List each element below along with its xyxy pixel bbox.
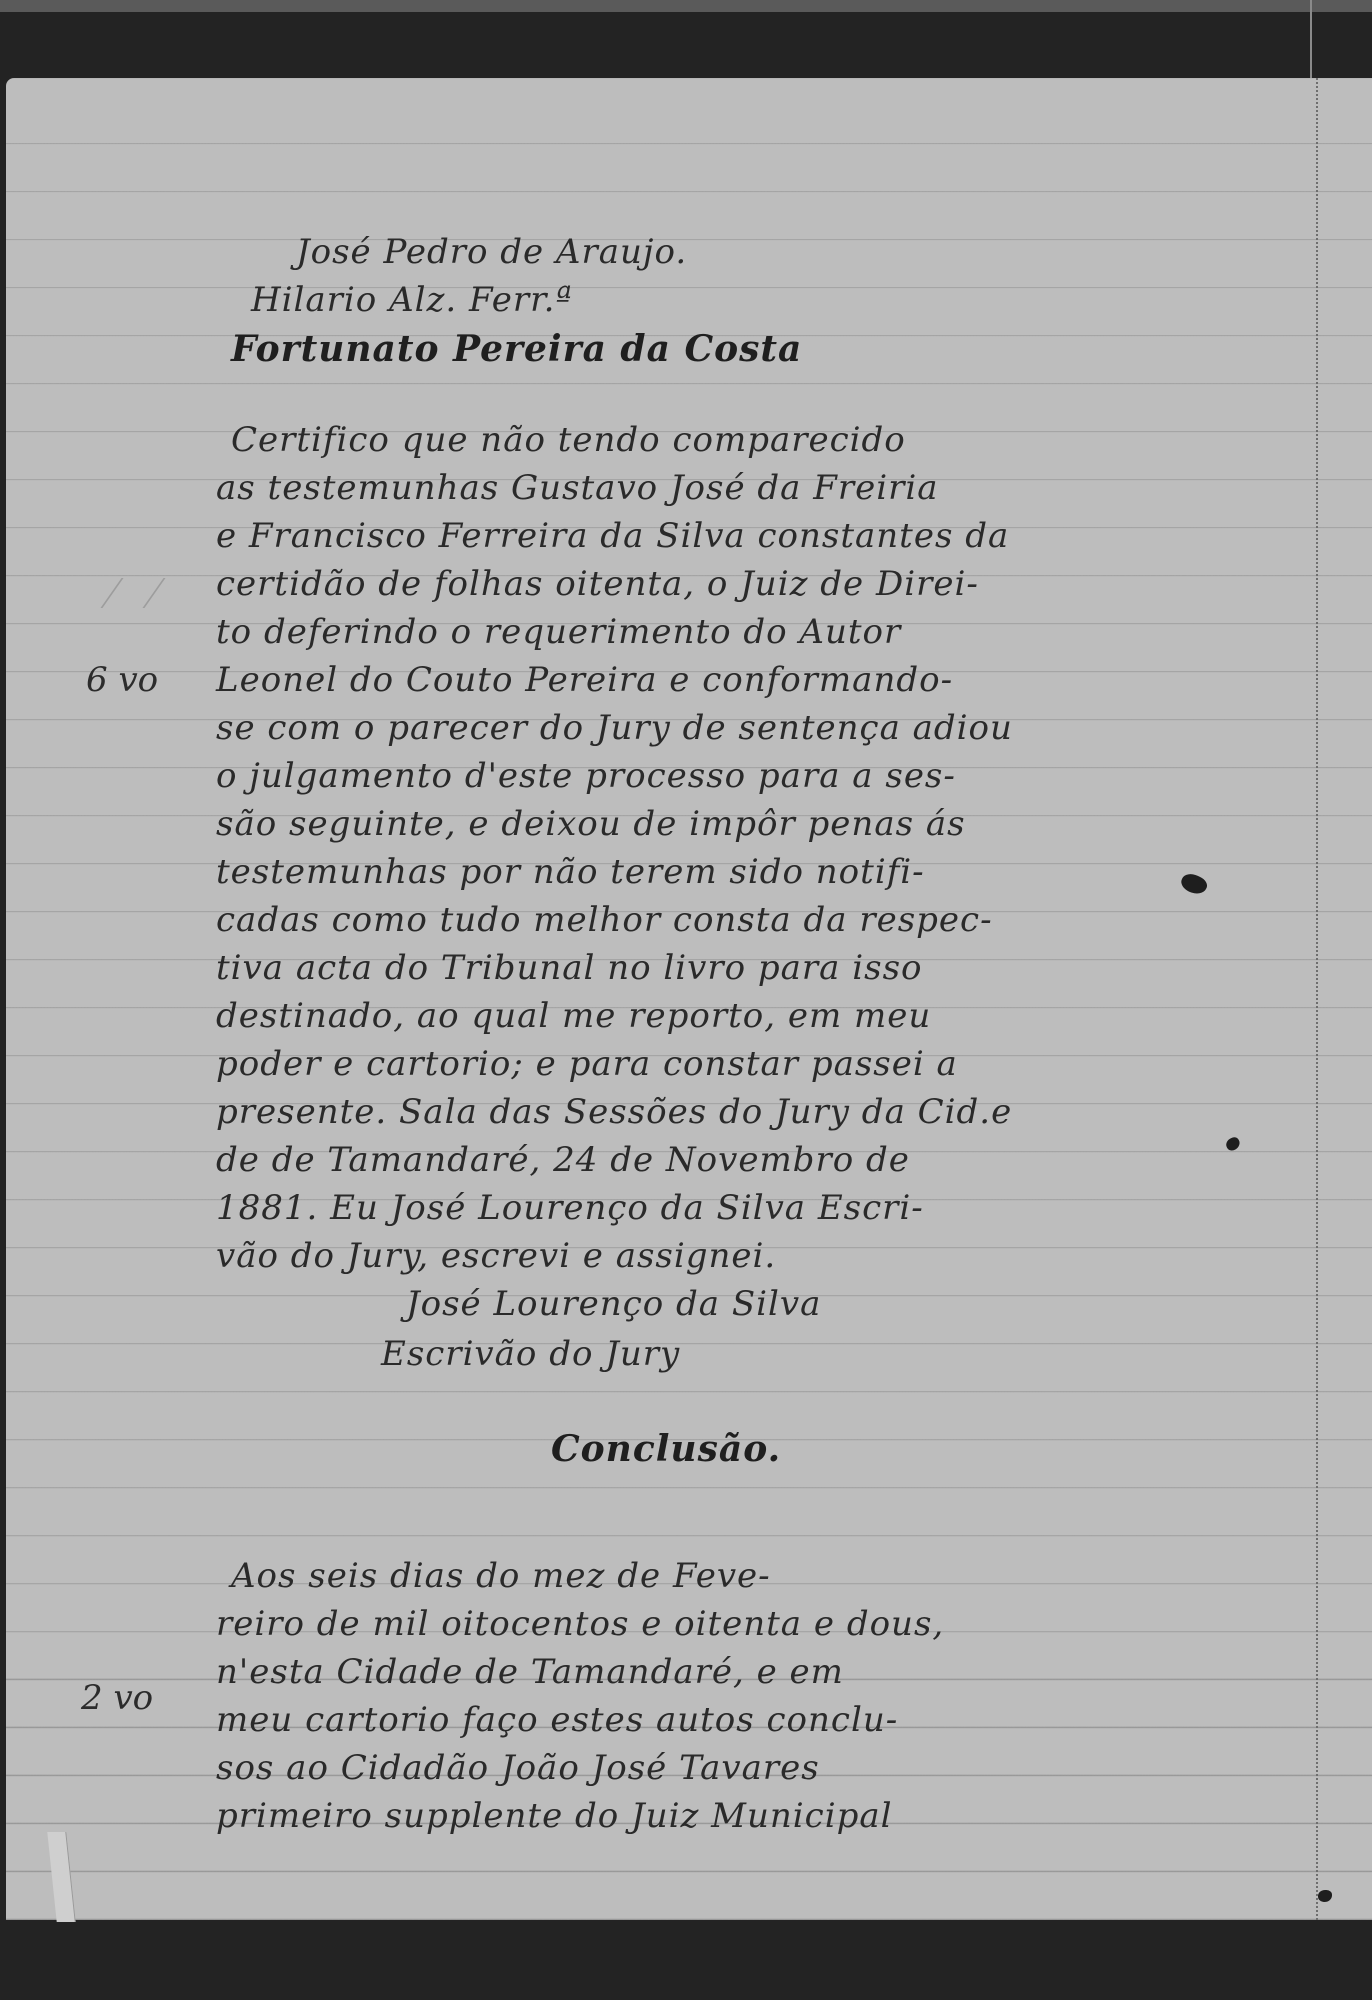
header-name: Fortunato Pereira da Costa [231,328,802,370]
certificate-line: poder e cartorio; e para constar passei … [216,1044,958,1084]
certificate-line: testemunhas por não terem sido notifi- [216,852,925,892]
header-name: José Pedro de Araujo. [296,232,687,272]
certificate-line: certidão de folhas oitenta, o Juiz de Di… [216,564,979,604]
certificate-line: cadas como tudo melhor consta da respec- [216,900,993,940]
handwritten-text: José Pedro de Araujo. Hilario Alz. Ferr.… [6,78,1372,1920]
certificate-line: presente. Sala das Sessões do Jury da Ci… [216,1092,1012,1132]
conclusion-line: meu cartorio faço estes autos conclu- [216,1700,898,1740]
certificate-line: de de Tamandaré, 24 de Novembro de [216,1140,910,1180]
document-page: José Pedro de Araujo. Hilario Alz. Ferr.… [6,78,1372,1920]
certificate-line: destinado, ao qual me reporto, em meu [216,996,931,1036]
certificate-line: o julgamento d'este processo para a ses- [216,756,956,796]
certificate-line: são seguinte, e deixou de impôr penas ás [216,804,966,844]
certificate-line: to deferindo o requerimento do Autor [216,612,901,652]
certificate-line: 1881. Eu José Lourenço da Silva Escri- [216,1188,924,1228]
conclusion-line: sos ao Cidadão João José Tavares [216,1748,820,1788]
signature-title: Escrivão do Jury [381,1334,680,1374]
conclusion-line: primeiro supplente do Juiz Municipal [216,1796,893,1836]
conclusion-line: Aos seis dias do mez de Feve- [231,1556,771,1596]
certificate-line: Certifico que não tendo comparecido [231,420,906,460]
margin-note-folio: 2 vo [81,1678,153,1718]
header-name: Hilario Alz. Ferr.ª [251,280,573,320]
certificate-line: e Francisco Ferreira da Silva constantes… [216,516,1009,556]
conclusion-line: n'esta Cidade de Tamandaré, e em [216,1652,844,1692]
page-seam [1310,0,1312,78]
section-heading: Conclusão. [551,1428,781,1470]
certificate-line: Leonel do Couto Pereira e conformando- [216,660,953,700]
conclusion-line: reiro de mil oitocentos e oitenta e dous… [216,1604,944,1644]
certificate-line: vão do Jury, escrevi e assignei. [216,1236,776,1276]
signature-name: José Lourenço da Silva [406,1284,821,1324]
certificate-line: tiva acta do Tribunal no livro para isso [216,948,923,988]
margin-note-folio: 6 vo [86,660,158,700]
certificate-line: as testemunhas Gustavo José da Freiria [216,468,938,508]
certificate-line: se com o parecer do Jury de sentença adi… [216,708,1013,748]
scanner-edge-strip [0,0,1372,12]
